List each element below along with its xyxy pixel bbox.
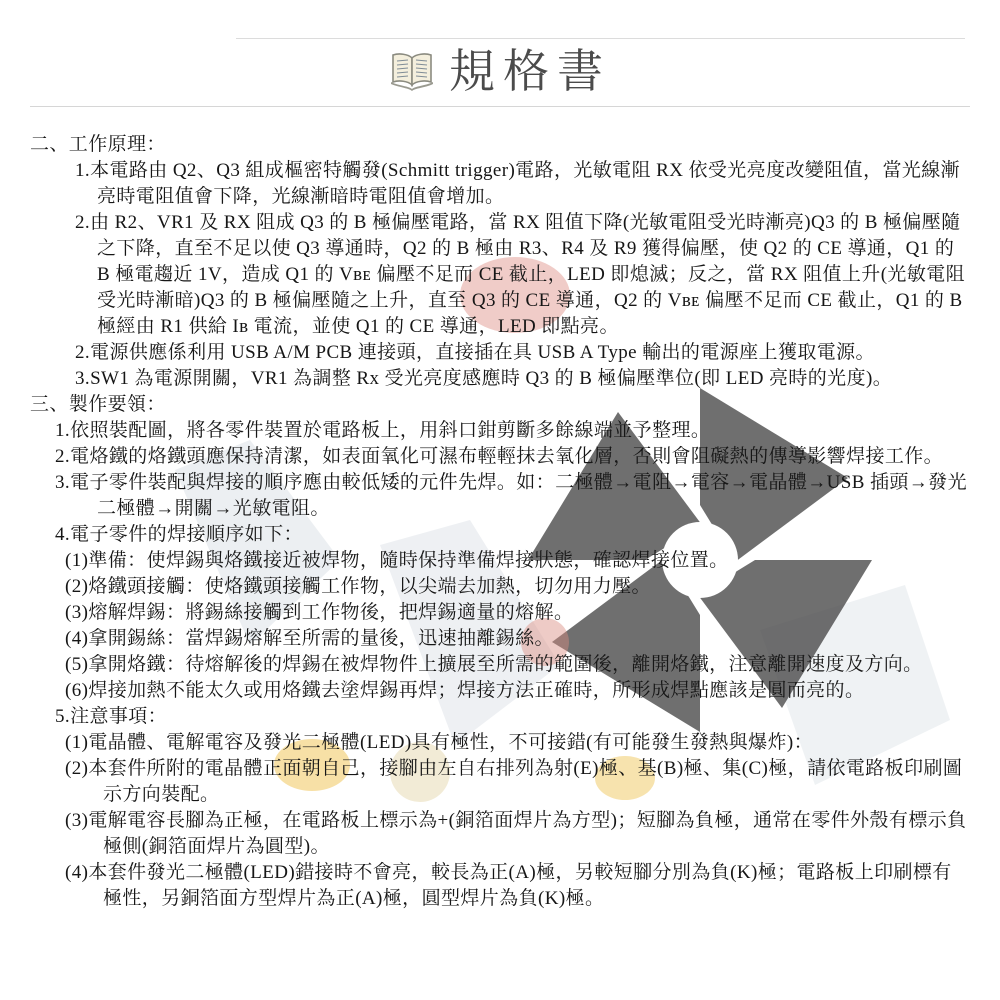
section-3-heading: 三、製作要領：: [30, 392, 970, 418]
item-label: 1.: [55, 420, 70, 441]
solder-step: (6)焊接加熱不能太久或用烙鐵去塗焊錫再焊；焊接方法正確時，所形成焊點應該是圓而…: [30, 678, 970, 704]
item-text: 注意事項：: [70, 706, 167, 727]
section-2-item: 2.由 R2、VR1 及 RX 阻成 Q3 的 B 極偏壓電路，當 RX 阻值下…: [30, 210, 970, 340]
step-label: (3): [65, 810, 88, 831]
section-3-item: 4.電子零件的焊接順序如下：: [30, 522, 970, 548]
section-3-item: 2.電烙鐵的烙鐵頭應保持清潔，如表面氧化可濕布輕輕抹去氧化層，否則會阻礙熱的傳導…: [30, 444, 970, 470]
step-label: (1): [65, 550, 88, 571]
step-label: (4): [65, 862, 88, 883]
item-text: 由 R2、VR1 及 RX 阻成 Q3 的 B 極偏壓電路，當 RX 阻值下降(…: [90, 212, 965, 337]
item-label: 5.: [55, 706, 70, 727]
step-text: 電解電容長腳為正極，在電路板上標示為+(銅箔面焊片為方型)；短腳為負極，通常在零…: [88, 810, 966, 857]
item-text: 電源供應係利用 USB A/M PCB 連接頭，直接插在具 USB A Type…: [90, 342, 875, 363]
step-text: 焊接加熱不能太久或用烙鐵去塗焊錫再焊；焊接方法正確時，所形成焊點應該是圓而亮的。: [88, 680, 864, 701]
section-3-item: 5.注意事項：: [30, 704, 970, 730]
caution-step: (1)電晶體、電解電容及發光二極體(LED)具有極性，不可接錯(有可能發生發熱與…: [30, 730, 970, 756]
section-2-item: 2.電源供應係利用 USB A/M PCB 連接頭，直接插在具 USB A Ty…: [30, 340, 970, 366]
step-label: (5): [65, 654, 88, 675]
item-text: 本電路由 Q2、Q3 組成樞密特觸發(Schmitt trigger)電路，光敏…: [90, 160, 960, 207]
solder-step: (2)烙鐵頭接觸：使烙鐵頭接觸工作物，以尖端去加熱，切勿用力壓。: [30, 574, 970, 600]
step-label: (2): [65, 758, 88, 779]
step-text: 準備：使焊錫與烙鐵接近被焊物，隨時保持準備焊接狀態，確認焊接位置。: [88, 550, 728, 571]
item-text: 依照裝配圖，將各零件裝置於電路板上，用斜口鉗剪斷多餘線端並予整理。: [70, 420, 710, 441]
header-top-rule: [236, 38, 965, 39]
item-label: 4.: [55, 524, 70, 545]
item-label: 3.: [55, 472, 70, 493]
step-text: 電晶體、電解電容及發光二極體(LED)具有極性，不可接錯(有可能發生發熱與爆炸)…: [88, 732, 813, 753]
step-label: (4): [65, 628, 88, 649]
solder-step: (1)準備：使焊錫與烙鐵接近被焊物，隨時保持準備焊接狀態，確認焊接位置。: [30, 548, 970, 574]
section-2-item: 3.SW1 為電源開關，VR1 為調整 Rx 受光亮度感應時 Q3 的 B 極偏…: [30, 366, 970, 392]
item-text: 電烙鐵的烙鐵頭應保持清潔，如表面氧化可濕布輕輕抹去氧化層，否則會阻礙熱的傳導影響…: [70, 446, 943, 467]
step-text: 拿開烙鐵：待熔解後的焊錫在被焊物件上擴展至所需的範圍後，離開烙鐵，注意離開速度及…: [88, 654, 922, 675]
solder-step: (3)熔解焊錫：將錫絲接觸到工作物後，把焊錫適量的熔解。: [30, 600, 970, 626]
step-label: (1): [65, 732, 88, 753]
section-3-item: 3.電子零件裝配與焊接的順序應由較低矮的元件先焊。如：二極體→電阻→電容→電晶體…: [30, 470, 970, 522]
step-label: (2): [65, 576, 88, 597]
header-bottom-rule: [30, 106, 970, 107]
spec-sheet-page: 規格書 二、工作原理： 1.本電路由 Q2、Q3 組成樞密特觸發(Schmitt…: [0, 0, 1000, 1000]
document-body: 二、工作原理： 1.本電路由 Q2、Q3 組成樞密特觸發(Schmitt tri…: [30, 132, 970, 912]
item-text: SW1 為電源開關，VR1 為調整 Rx 受光亮度感應時 Q3 的 B 極偏壓準…: [90, 368, 892, 389]
caution-step: (3)電解電容長腳為正極，在電路板上標示為+(銅箔面焊片為方型)；短腳為負極，通…: [30, 808, 970, 860]
item-label: 2.: [75, 342, 90, 363]
document-header: 規格書: [0, 44, 1000, 98]
section-2-heading: 二、工作原理：: [30, 132, 970, 158]
item-text: 電子零件的焊接順序如下：: [70, 524, 303, 545]
caution-step: (2)本套件所附的電晶體正面朝自己，接腳由左自右排列為射(E)極、基(B)極、集…: [30, 756, 970, 808]
step-text: 熔解焊錫：將錫絲接觸到工作物後，把焊錫適量的熔解。: [88, 602, 573, 623]
page-title: 規格書: [449, 44, 611, 98]
solder-step: (4)拿開錫絲：當焊錫熔解至所需的量後，迅速抽離錫絲。: [30, 626, 970, 652]
solder-step: (5)拿開烙鐵：待熔解後的焊錫在被焊物件上擴展至所需的範圍後，離開烙鐵，注意離開…: [30, 652, 970, 678]
caution-step: (4)本套件發光二極體(LED)錯接時不會亮，較長為正(A)極，另較短腳分別為負…: [30, 860, 970, 912]
step-label: (6): [65, 680, 88, 701]
step-text: 本套件發光二極體(LED)錯接時不會亮，較長為正(A)極，另較短腳分別為負(K)…: [88, 862, 951, 909]
step-text: 烙鐵頭接觸：使烙鐵頭接觸工作物，以尖端去加熱，切勿用力壓。: [88, 576, 651, 597]
item-label: 2.: [55, 446, 70, 467]
section-2-item: 1.本電路由 Q2、Q3 組成樞密特觸發(Schmitt trigger)電路，…: [30, 158, 970, 210]
item-label: 2.: [75, 212, 90, 233]
step-text: 本套件所附的電晶體正面朝自己，接腳由左自右排列為射(E)極、基(B)極、集(C)…: [88, 758, 962, 805]
open-book-icon: [389, 51, 435, 91]
item-label: 3.: [75, 368, 90, 389]
step-text: 拿開錫絲：當焊錫熔解至所需的量後，迅速抽離錫絲。: [88, 628, 554, 649]
step-label: (3): [65, 602, 88, 623]
item-label: 1.: [75, 160, 90, 181]
item-text: 電子零件裝配與焊接的順序應由較低矮的元件先焊。如：二極體→電阻→電容→電晶體→U…: [70, 472, 967, 519]
section-3-item: 1.依照裝配圖，將各零件裝置於電路板上，用斜口鉗剪斷多餘線端並予整理。: [30, 418, 970, 444]
